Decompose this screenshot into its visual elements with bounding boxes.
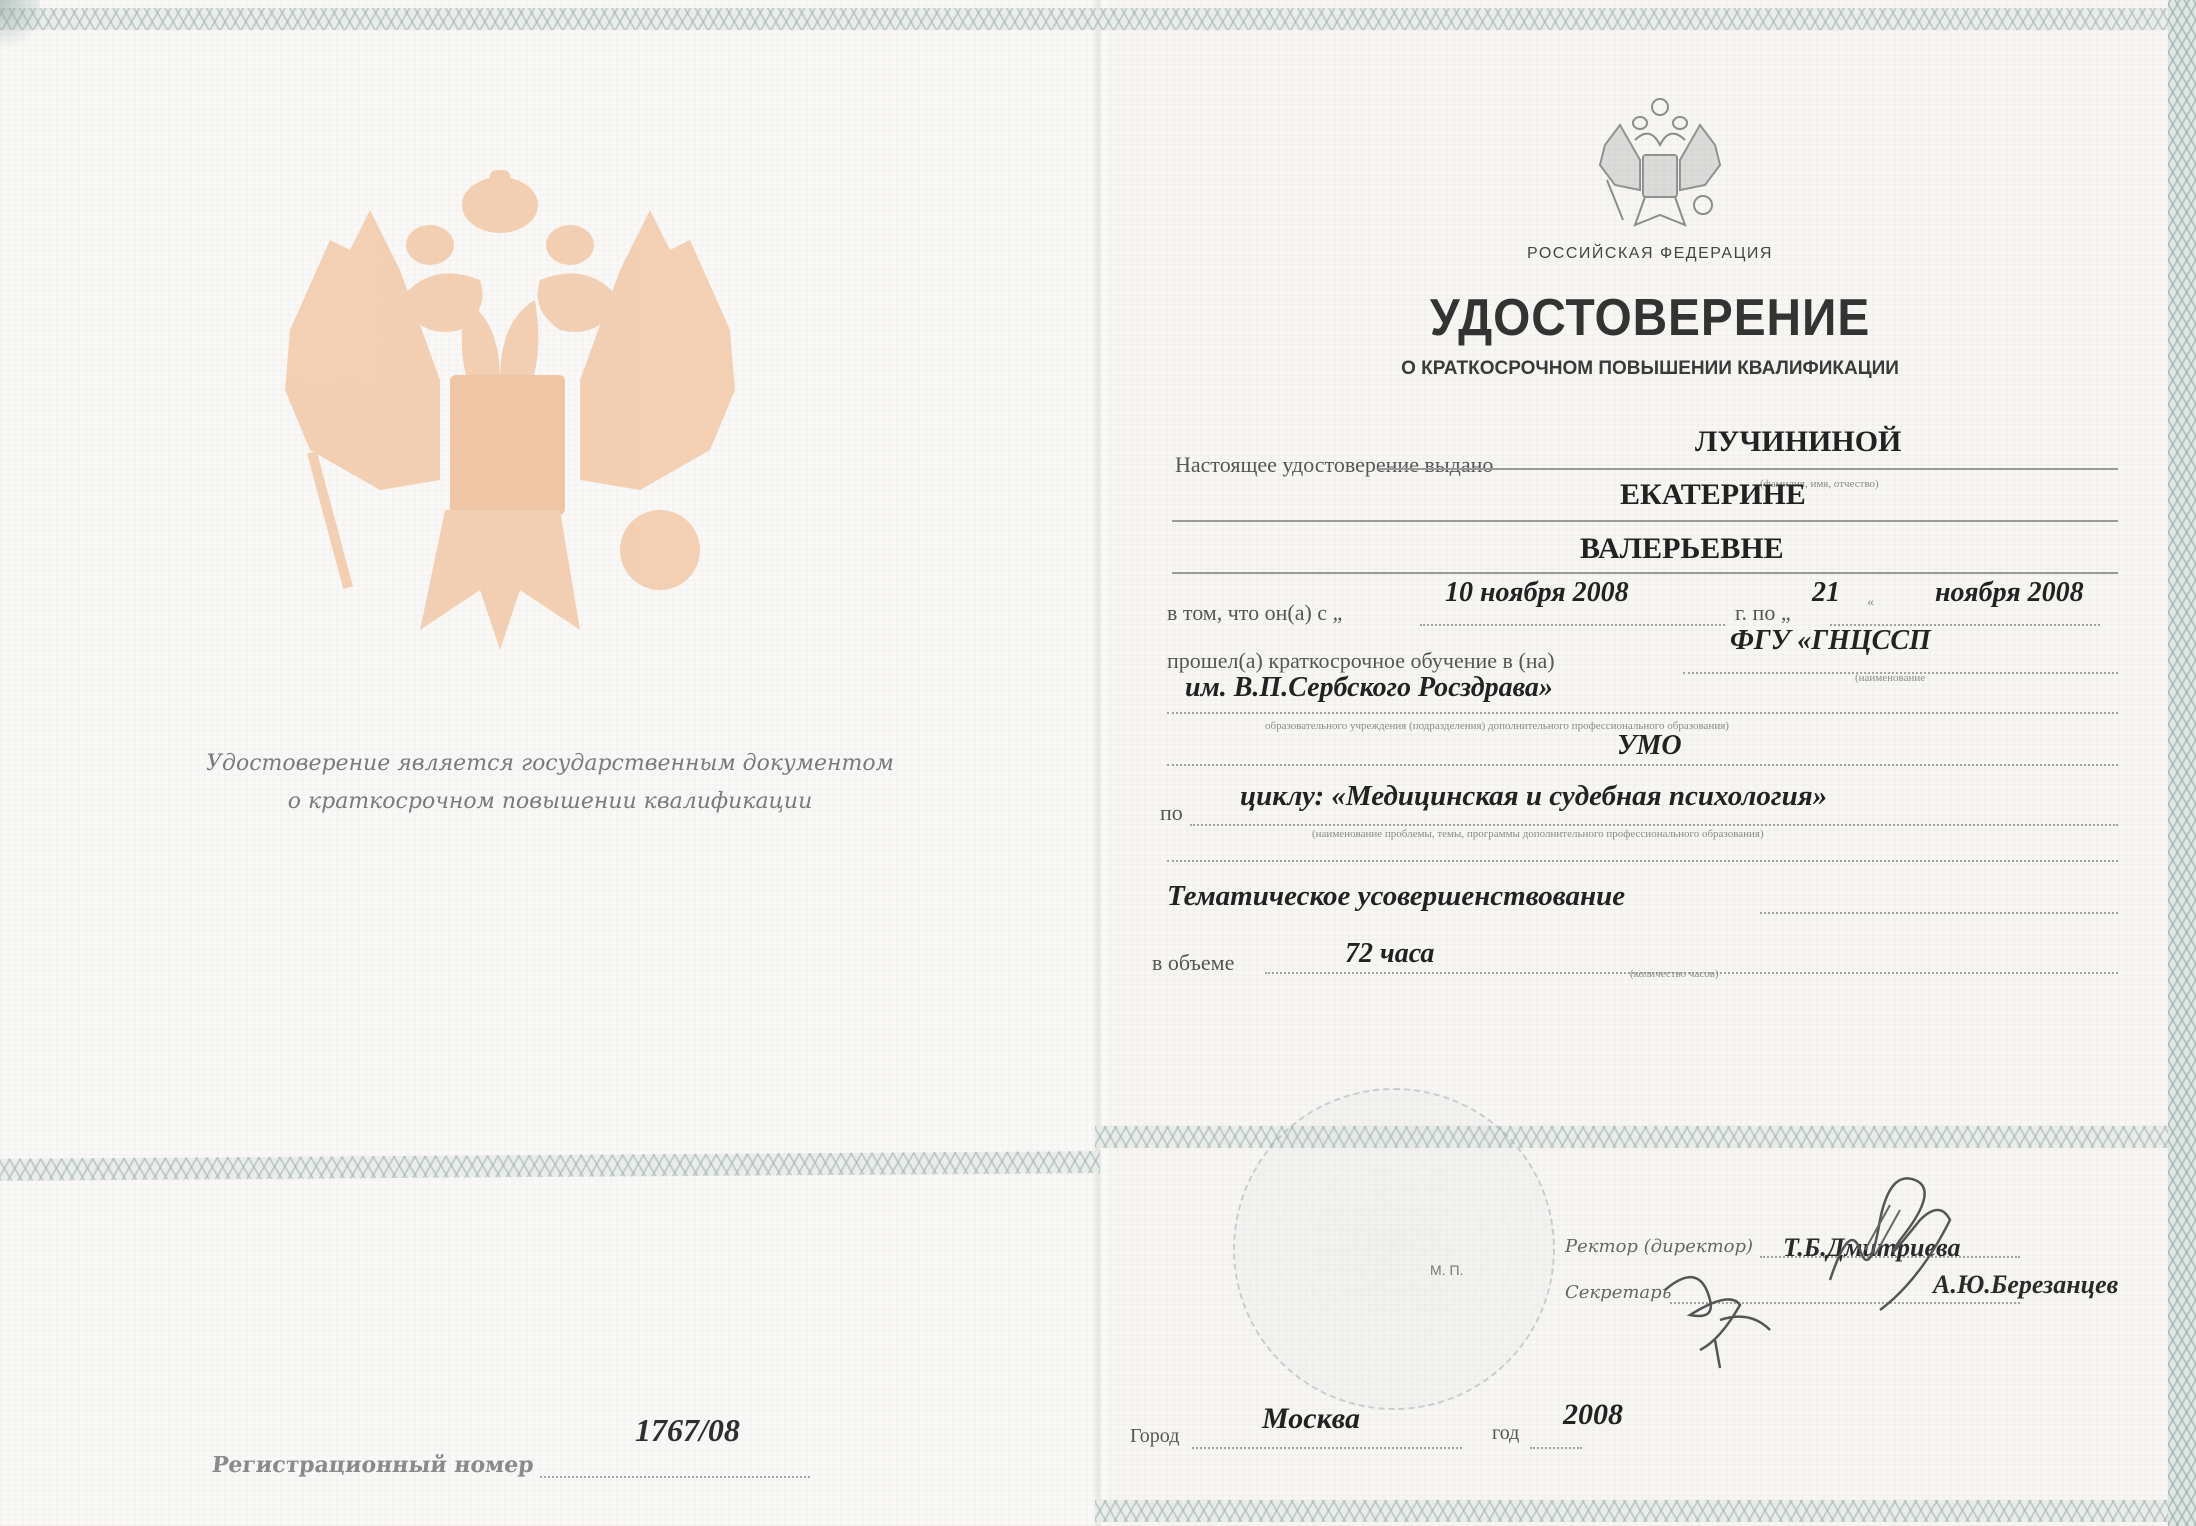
corner-ornament <box>0 0 40 60</box>
period-to-day: 21 <box>1812 577 1840 609</box>
institution-line-3 <box>1167 764 2118 766</box>
seal-place-label: М. П. <box>1430 1262 1463 1278</box>
institution-hint-1: (наименование <box>1855 672 1925 684</box>
issued-to-label: Настоящее удостоверение выдано <box>1175 452 1493 478</box>
guilloche-border-right-edge <box>2168 0 2196 1526</box>
period-from-date: 10 ноября 2008 <box>1445 577 1629 609</box>
program-type-line <box>1760 912 2118 914</box>
patronymic-line <box>1172 572 2118 574</box>
institution-name-line-1: ФГУ «ГНЦССП <box>1730 625 1931 657</box>
guilloche-border-right-lower <box>1095 1126 2196 1148</box>
institution-line-2 <box>1167 712 2118 714</box>
program-type: Тематическое усовершенствование <box>1167 880 1625 913</box>
city-value: Москва <box>1262 1402 1360 1436</box>
registration-number-value: 1767/08 <box>635 1412 740 1449</box>
volume-hint: (количество часов) <box>1630 968 1719 980</box>
program-name: циклу: «Медицинская и судебная психологи… <box>1240 780 1827 813</box>
period-mid-label: г. по „ <box>1735 600 1791 626</box>
recipient-name: ЕКАТЕРИНЕ <box>1620 478 1806 512</box>
year-label: год <box>1492 1422 1519 1445</box>
guilloche-border-bottom <box>1095 1500 2196 1522</box>
secretary-signature-icon <box>1660 1260 1780 1370</box>
program-line <box>1190 824 2118 826</box>
program-hint: (наименование проблемы, темы, программы … <box>1312 828 1764 840</box>
country-heading: РОССИЙСКАЯ ФЕДЕРАЦИЯ <box>1050 245 2196 263</box>
year-line <box>1530 1447 1582 1449</box>
rector-signature-icon <box>1820 1160 1980 1320</box>
volume-value: 72 часа <box>1345 938 1434 970</box>
institution-name-line-3: УМО <box>1617 730 1682 762</box>
note-line-2: о краткосрочном повышении квалификации <box>150 783 950 821</box>
page-fold <box>1093 0 1109 1526</box>
period-from-line <box>1420 624 1725 626</box>
rector-label: Ректор (директор) <box>1565 1236 1753 1257</box>
period-label: в том, что он(а) с „ <box>1167 600 1342 626</box>
guilloche-border-top <box>0 8 2196 30</box>
institution-label: прошел(а) краткосрочное обучение в (на) <box>1167 648 1555 674</box>
city-label: Город <box>1130 1425 1179 1448</box>
note-line-1: Удостоверение является государственным д… <box>150 745 950 783</box>
coat-of-arms-icon <box>1595 95 1725 235</box>
volume-label: в объеме <box>1152 950 1234 976</box>
surname-line <box>1378 468 2118 470</box>
seal-circle <box>1233 1088 1555 1410</box>
coat-of-arms-watermark-icon <box>270 150 750 670</box>
program-label: по <box>1160 800 1183 826</box>
recipient-patronymic: ВАЛЕРЬЕВНЕ <box>1580 532 1784 566</box>
document-subtitle: О КРАТКОСРОЧНОМ ПОВЫШЕНИИ КВАЛИФИКАЦИИ <box>1050 358 2196 380</box>
registration-number-line <box>540 1476 810 1478</box>
city-line <box>1192 1447 1462 1449</box>
name-line <box>1172 520 2118 522</box>
program-line-2 <box>1167 860 2118 862</box>
recipient-surname: ЛУЧИНИНОЙ <box>1695 425 1901 459</box>
period-to-day-mark: « <box>1867 595 1874 611</box>
secretary-label: Секретарь <box>1565 1282 1671 1303</box>
period-to-date: ноября 2008 <box>1935 577 2084 609</box>
document-status-note: Удостоверение является государственным д… <box>150 745 950 821</box>
year-value: 2008 <box>1563 1398 1623 1432</box>
registration-number-label: Регистрационный номер <box>211 1452 535 1478</box>
institution-name-line-2: им. В.П.Сербского Росздрава» <box>1185 672 1553 704</box>
document-title: УДОСТОВЕРЕНИЕ <box>1098 288 2196 348</box>
